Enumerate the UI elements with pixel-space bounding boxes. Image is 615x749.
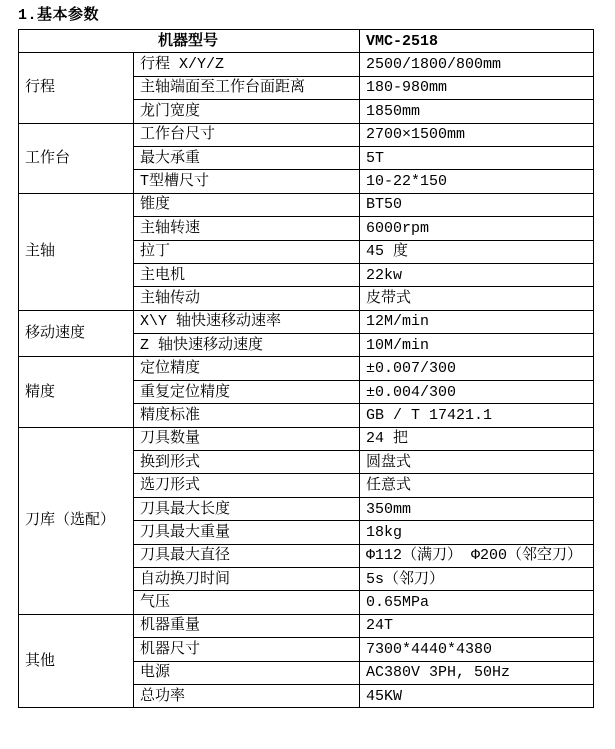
- param-name-cell: 刀具最大重量: [134, 521, 360, 544]
- param-name-cell: 主轴传动: [134, 287, 360, 310]
- param-value-cell: 350mm: [360, 497, 594, 520]
- param-name-cell: 最大承重: [134, 146, 360, 169]
- param-name-cell: 自动换刀时间: [134, 567, 360, 590]
- table-row: 工作台工作台尺寸2700×1500mm: [19, 123, 594, 146]
- param-value-cell: 2500/1800/800mm: [360, 53, 594, 76]
- group-cell-other: 其他: [19, 614, 134, 708]
- param-value-cell: 5s（邻刀）: [360, 567, 594, 590]
- param-value-cell: 10M/min: [360, 334, 594, 357]
- param-value-cell: 180-980mm: [360, 76, 594, 99]
- param-value-cell: 24T: [360, 614, 594, 637]
- param-name-cell: 刀具最大直径: [134, 544, 360, 567]
- param-value-cell: 任意式: [360, 474, 594, 497]
- param-name-cell: 换到形式: [134, 451, 360, 474]
- spec-page: 1.基本参数 机器型号 VMC-2518 行程行程 X/Y/Z2500/1800…: [0, 0, 615, 708]
- table-row: 主轴锥度BT50: [19, 193, 594, 216]
- param-name-cell: T型槽尺寸: [134, 170, 360, 193]
- param-value-cell: 45 度: [360, 240, 594, 263]
- model-label-cell: 机器型号: [19, 30, 360, 53]
- group-cell-tool-magazine: 刀库（选配）: [19, 427, 134, 614]
- param-value-cell: ±0.004/300: [360, 380, 594, 403]
- param-name-cell: 刀具数量: [134, 427, 360, 450]
- param-name-cell: 选刀形式: [134, 474, 360, 497]
- group-cell-accuracy: 精度: [19, 357, 134, 427]
- param-value-cell: 45KW: [360, 684, 594, 707]
- param-value-cell: 5T: [360, 146, 594, 169]
- table-row: 其他机器重量24T: [19, 614, 594, 637]
- param-value-cell: 2700×1500mm: [360, 123, 594, 146]
- param-name-cell: 拉丁: [134, 240, 360, 263]
- param-value-cell: Φ112（满刀） Φ200（邻空刀）: [360, 544, 594, 567]
- param-name-cell: 主轴端面至工作台面距离: [134, 76, 360, 99]
- page-title: 1.基本参数: [18, 3, 615, 24]
- param-name-cell: Z 轴快速移动速度: [134, 334, 360, 357]
- param-name-cell: 定位精度: [134, 357, 360, 380]
- param-name-cell: 刀具最大长度: [134, 497, 360, 520]
- param-name-cell: 重复定位精度: [134, 380, 360, 403]
- param-name-cell: 电源: [134, 661, 360, 684]
- param-name-cell: 主轴转速: [134, 217, 360, 240]
- param-name-cell: 机器重量: [134, 614, 360, 637]
- model-value-cell: VMC-2518: [360, 30, 594, 53]
- param-value-cell: AC380V 3PH, 50Hz: [360, 661, 594, 684]
- param-name-cell: 气压: [134, 591, 360, 614]
- group-cell-travel: 行程: [19, 53, 134, 123]
- param-name-cell: 主电机: [134, 263, 360, 286]
- table-header-row: 机器型号 VMC-2518: [19, 30, 594, 53]
- param-name-cell: 总功率: [134, 684, 360, 707]
- param-value-cell: 10-22*150: [360, 170, 594, 193]
- param-name-cell: 锥度: [134, 193, 360, 216]
- param-value-cell: 圆盘式: [360, 451, 594, 474]
- param-value-cell: 12M/min: [360, 310, 594, 333]
- table-row: 移动速度X\Y 轴快速移动速率12M/min: [19, 310, 594, 333]
- param-value-cell: BT50: [360, 193, 594, 216]
- table-row: 精度定位精度±0.007/300: [19, 357, 594, 380]
- table-row: 刀库（选配）刀具数量24 把: [19, 427, 594, 450]
- param-value-cell: GB / T 17421.1: [360, 404, 594, 427]
- param-value-cell: 6000rpm: [360, 217, 594, 240]
- param-value-cell: ±0.007/300: [360, 357, 594, 380]
- param-name-cell: 龙门宽度: [134, 100, 360, 123]
- param-value-cell: 7300*4440*4380: [360, 638, 594, 661]
- param-name-cell: 工作台尺寸: [134, 123, 360, 146]
- param-value-cell: 皮带式: [360, 287, 594, 310]
- param-value-cell: 0.65MPa: [360, 591, 594, 614]
- param-value-cell: 1850mm: [360, 100, 594, 123]
- param-value-cell: 22kw: [360, 263, 594, 286]
- spec-table: 机器型号 VMC-2518 行程行程 X/Y/Z2500/1800/800mm主…: [18, 29, 594, 708]
- group-cell-worktable: 工作台: [19, 123, 134, 193]
- param-name-cell: 精度标准: [134, 404, 360, 427]
- group-cell-rapid-speed: 移动速度: [19, 310, 134, 357]
- group-cell-spindle: 主轴: [19, 193, 134, 310]
- param-value-cell: 24 把: [360, 427, 594, 450]
- param-name-cell: X\Y 轴快速移动速率: [134, 310, 360, 333]
- table-row: 行程行程 X/Y/Z2500/1800/800mm: [19, 53, 594, 76]
- param-name-cell: 行程 X/Y/Z: [134, 53, 360, 76]
- param-name-cell: 机器尺寸: [134, 638, 360, 661]
- param-value-cell: 18kg: [360, 521, 594, 544]
